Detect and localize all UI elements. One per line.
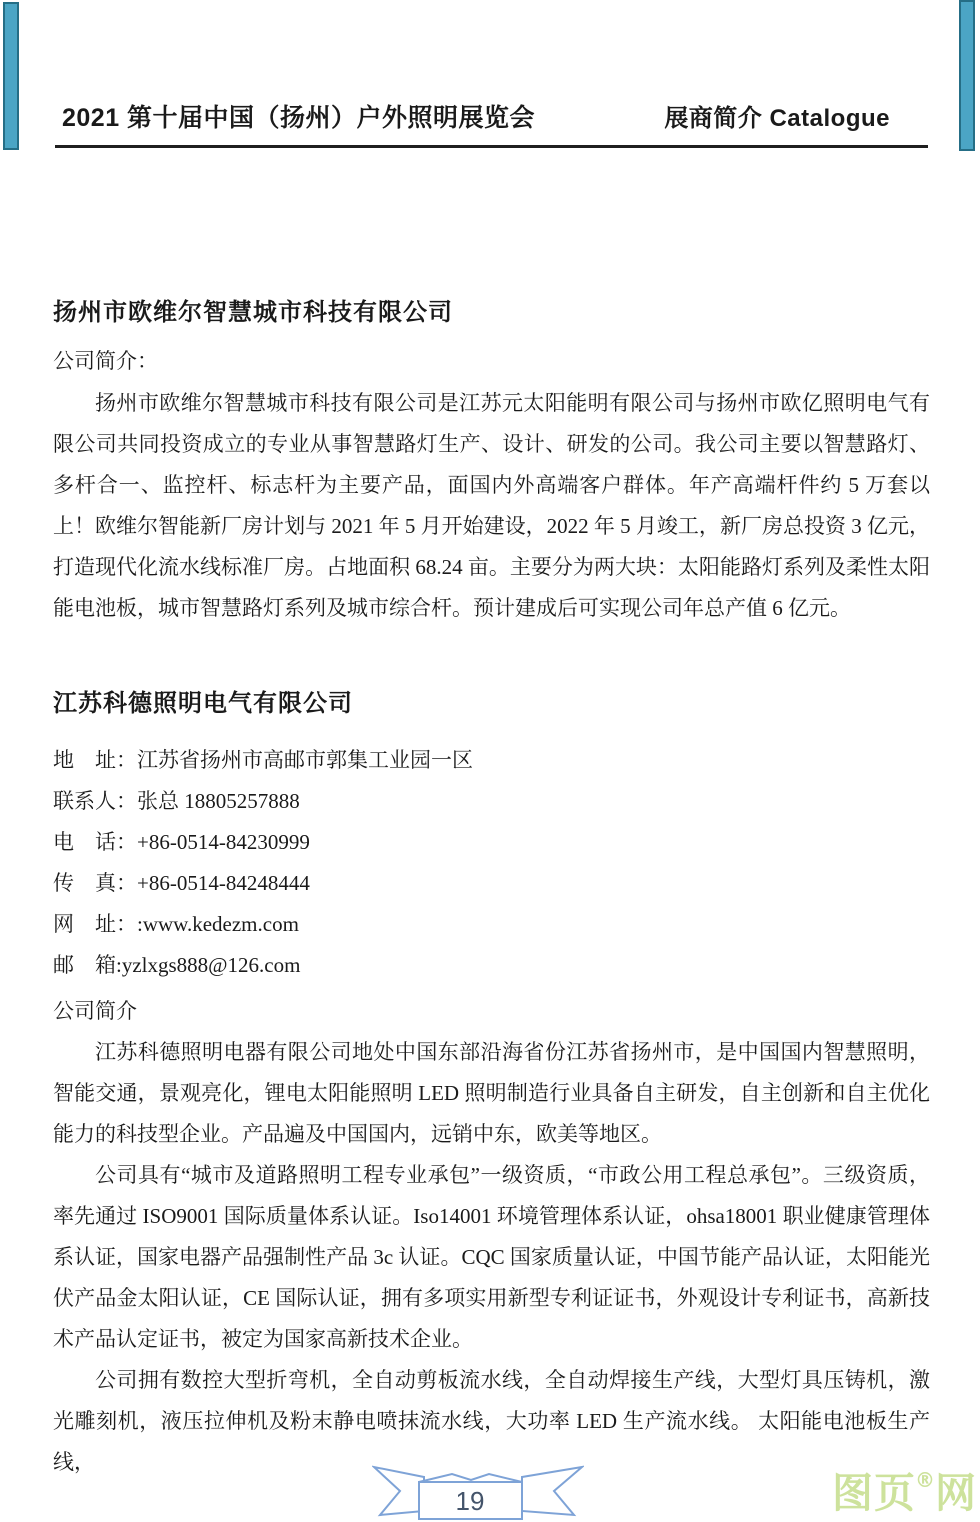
company-2-paragraph-2: 公司具有“城市及道路照明工程专业承包”一级资质，“市政公用工程总承包”。三级资质… <box>53 1155 930 1360</box>
ribbon-banner-graphic: 19 <box>372 1463 584 1521</box>
contact-person: 联系人：张总 18805257888 <box>53 781 930 822</box>
watermark-text-right: 网 <box>935 1469 977 1517</box>
exhibition-title: 2021 第十届中国（扬州）户外照明展览会 <box>62 98 535 134</box>
company-2-name: 江苏科德照明电气有限公司 <box>53 683 930 718</box>
header-divider <box>55 145 928 148</box>
company-2-paragraph-1: 江苏科德照明电器有限公司地处中国东部沿海省份江苏省扬州市，是中国国内智慧照明，智… <box>53 1032 930 1155</box>
company-2-intro-label: 公司简介 <box>53 995 930 1025</box>
left-accent-bar <box>3 2 19 150</box>
contact-address: 地 址：江苏省扬州市高邮市郭集工业园一区 <box>53 740 930 781</box>
ribbon-right-wing <box>522 1467 582 1515</box>
company-1-profile: 扬州市欧维尔智慧城市科技有限公司是江苏元太阳能明有限公司与扬州市欧亿照明电气有限… <box>53 383 930 629</box>
page-number: 19 <box>456 1486 485 1516</box>
contact-website: 网 址：:www.kedezm.com <box>53 904 930 945</box>
page-header: 2021 第十届中国（扬州）户外照明展览会 展商简介 Catalogue <box>62 98 890 134</box>
watermark-text-left: 图页 <box>832 1469 916 1517</box>
company-2-contacts: 地 址：江苏省扬州市高邮市郭集工业园一区 联系人：张总 18805257888 … <box>53 740 930 986</box>
watermark-logo: 图页®网 <box>832 1468 977 1518</box>
company-2-profile: 江苏科德照明电器有限公司地处中国东部沿海省份江苏省扬州市，是中国国内智慧照明，智… <box>53 1032 930 1483</box>
ribbon-left-wing <box>374 1467 424 1515</box>
contact-phone: 电 话：+86-0514-84230999 <box>53 822 930 863</box>
company-1-paragraph: 扬州市欧维尔智慧城市科技有限公司是江苏元太阳能明有限公司与扬州市欧亿照明电气有限… <box>53 383 930 629</box>
contact-fax: 传 真：+86-0514-84248444 <box>53 863 930 904</box>
contact-email: 邮 箱:yzlxgs888@126.com <box>53 945 930 986</box>
company-1-name: 扬州市欧维尔智慧城市科技有限公司 <box>53 292 930 327</box>
ribbon-top-fold <box>419 1474 522 1482</box>
page-number-ribbon: 19 <box>372 1463 584 1521</box>
catalogue-label: 展商简介 Catalogue <box>664 98 890 133</box>
right-accent-bar <box>959 0 975 151</box>
company-1-intro-label: 公司简介： <box>53 345 930 375</box>
registered-mark-icon: ® <box>915 1468 936 1492</box>
